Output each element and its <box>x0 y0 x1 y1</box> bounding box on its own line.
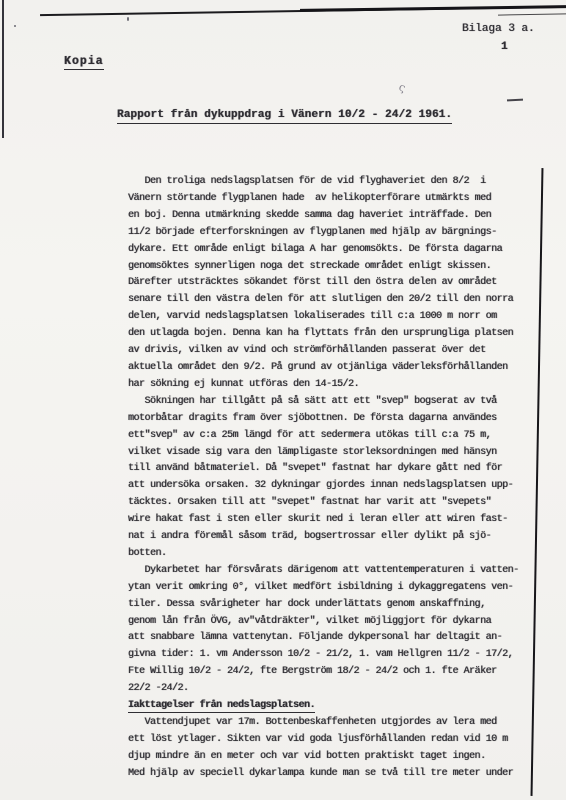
section-heading-observations: Iakttagelser från nedslagsplatsen. <box>128 698 564 715</box>
scan-speck <box>14 25 16 27</box>
paragraph-sweep-method: Sökningen har tillgått på så sätt att et… <box>128 394 564 563</box>
paragraph-site-observations: Vattendjupet var 17m. Bottenbeskaffenhet… <box>128 715 564 783</box>
scan-speck <box>127 17 129 21</box>
attachment-label: Bilaga 3 a. <box>462 23 535 35</box>
scan-edge-line-top-thick <box>300 5 566 12</box>
page-number: 1 <box>501 41 508 53</box>
copy-stamp: Kopia <box>64 55 104 70</box>
paragraph-search-overview: Den troliga nedslagsplatsen för de vid f… <box>128 174 564 394</box>
document-title: Rapport från dykuppdrag i Vänern 10/2 - … <box>117 109 452 124</box>
report-body: Den troliga nedslagsplatsen för de vid f… <box>128 174 564 783</box>
pencil-squiggle-mark: ς <box>397 80 407 94</box>
scan-dash-mark <box>507 99 523 102</box>
scan-edge-line-top-right <box>498 13 566 15</box>
paragraph-diver-conditions: Dykarbetet har försvårats därigenom att … <box>128 563 564 698</box>
section-heading-text: Iakttagelser från nedslagsplatsen. <box>128 700 315 713</box>
scan-edge-line-left <box>2 0 4 138</box>
scanned-report-page: ς Bilaga 3 a. 1 Kopia Rapport från dykup… <box>0 0 566 800</box>
